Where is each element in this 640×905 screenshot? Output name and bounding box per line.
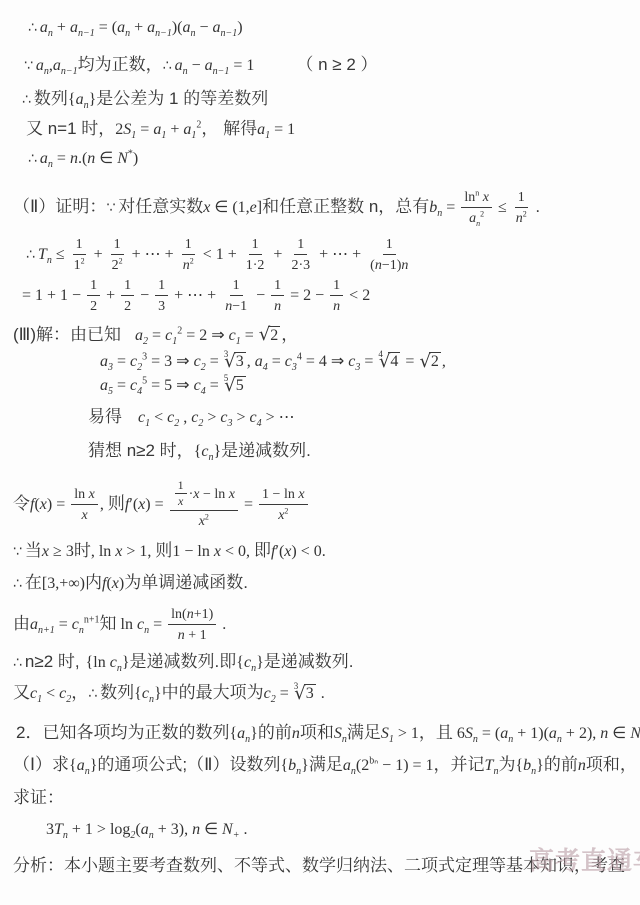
fraction: 12·3 — [288, 235, 313, 274]
math-run: b — [288, 757, 296, 774]
math-run: 1 − ln — [172, 543, 213, 560]
math-run: S — [334, 725, 342, 742]
math-run: = — [53, 150, 70, 167]
text-run: 知 — [100, 614, 117, 633]
math-run: ∵ — [106, 200, 115, 216]
math-run: ∈ — [95, 150, 117, 167]
math-run: c — [285, 353, 292, 370]
math-run: = — [113, 377, 130, 394]
math-run: a — [549, 725, 557, 742]
text-run: 内 — [85, 573, 102, 592]
math-run: = — [148, 327, 165, 344]
math-run: 1 — [333, 278, 340, 293]
math-run: + 1 > log — [68, 821, 131, 838]
math-run: x — [479, 190, 489, 205]
math-run: ) — [237, 19, 242, 36]
math-run: n — [192, 821, 200, 838]
math-run: + — [166, 121, 183, 138]
math-run: = 5 ⇒ — [147, 377, 193, 394]
math-run: a — [36, 57, 44, 74]
math-run: + — [269, 246, 286, 263]
math-run: c — [110, 654, 117, 671]
text-run: 是递减数列. — [264, 652, 354, 671]
math-run: a — [117, 19, 125, 36]
math-run: 2·3 — [291, 258, 310, 273]
doc-line-24: 分析：本小题主要考查数列、不等式、数学归纳法、二项式定理等基本知识，考查 — [0, 855, 640, 878]
math-run: ln — [464, 190, 475, 205]
math-run: 1 — [76, 237, 83, 252]
math-run: = — [113, 353, 130, 370]
math-run: −1) — [382, 258, 402, 273]
math-run: N — [630, 725, 640, 742]
doc-line-15: ∵当x ≥ 3时, ln x > 1, 则1 − ln x < 0, 即f′(x… — [0, 540, 640, 563]
math-run: 1 — [90, 278, 97, 293]
math-run: ′( — [275, 543, 284, 560]
text-run: 时 — [74, 541, 91, 560]
doc-line-22: 求证： — [0, 787, 640, 810]
text-run: 即 — [254, 541, 271, 560]
text-run: 数列 — [100, 683, 134, 702]
fraction: 122 — [109, 235, 126, 274]
math-run: ≤ — [52, 246, 69, 263]
math-run: { — [68, 91, 76, 108]
math-run: c — [194, 377, 201, 394]
text-run: 满足 — [309, 755, 343, 774]
math-run: a — [70, 19, 78, 36]
math-run: − — [252, 287, 269, 304]
math-run: n — [578, 757, 586, 774]
math-run: = 4 ⇒ — [302, 353, 348, 370]
text-run: 求证： — [13, 788, 64, 807]
math-run: , — [100, 496, 108, 513]
doc-line-8: = 1 + 1 − 12 + 12 − 13 + ⋯ + 1n−1 − 1n =… — [0, 276, 640, 315]
math-run: = ( — [478, 725, 500, 742]
text-run: 则 — [108, 494, 125, 513]
text-run: 满足 — [347, 723, 381, 742]
text-run: 的前 — [544, 755, 578, 774]
doc-line-6: （Ⅱ）证明：∵对任意实数x ∈ (1,e]和任意正整数 n，总有bn = lnn… — [0, 188, 640, 227]
math-run: ln( — [171, 607, 187, 622]
math-run: = 1 — [229, 57, 254, 74]
math-run: ln — [74, 487, 88, 502]
math-run: b — [523, 757, 531, 774]
math-run: x — [89, 487, 95, 502]
math-run: x — [40, 496, 47, 513]
math-run: a — [76, 91, 84, 108]
math-run: a — [213, 19, 221, 36]
math-run: 1 — [252, 237, 259, 252]
math-run: a — [257, 121, 265, 138]
math-run: ∵ — [24, 58, 33, 74]
math-run: = — [136, 121, 153, 138]
math-run: 1 — [178, 478, 184, 492]
doc-line-17: 由an+1 = cnn+1知 ln cn = ln(n+1)n + 1 . — [0, 605, 640, 644]
math-run: 1 — [274, 278, 281, 293]
text-run: 为单调递减函数. — [124, 573, 248, 592]
fraction: 1n — [271, 276, 284, 315]
math-run: = — [401, 353, 418, 370]
doc-line-20: 2．已知各项均为正数的数列{an}的前n项和Sn满足S1 > 1，且 6Sn =… — [0, 722, 640, 745]
radical: 4√4 — [378, 352, 400, 371]
fraction: 1n2 — [513, 188, 530, 227]
fraction: 13 — [155, 276, 168, 315]
math-run: + ⋯ + — [170, 287, 220, 304]
math-run: . — [239, 821, 247, 838]
math-run: > 1 — [394, 725, 419, 742]
math-run: 1 — [158, 278, 165, 293]
math-run: ∈ (1, — [210, 199, 249, 216]
text-run: (Ⅲ)解：由已知 — [13, 325, 121, 344]
math-run: a — [343, 757, 351, 774]
doc-line-2: ∵an,an−1均为正数，∴an − an−1 = 1（ n ≥ 2 ） — [0, 54, 640, 77]
math-run: x — [81, 508, 87, 523]
math-run: ∴ — [13, 655, 22, 671]
text-run: n≥2 时, — [25, 652, 80, 671]
math-run: c — [250, 409, 257, 426]
math-run: = 1 — [270, 121, 295, 138]
math-run: ∵ — [13, 544, 22, 560]
math-run: 2 — [90, 299, 97, 314]
math-run: n — [187, 607, 194, 622]
text-run: ，并记 — [434, 755, 485, 774]
math-run: −1 — [232, 299, 247, 314]
fraction: ln xx — [71, 485, 98, 524]
math-run: } — [256, 654, 264, 671]
math-run: c — [244, 654, 251, 671]
math-run: 3 — [236, 353, 244, 370]
math-run: n — [70, 150, 78, 167]
doc-line-11: a5 = c45 = 5 ⇒ c4 = 5√5 — [0, 376, 640, 397]
math-run: , — [442, 353, 446, 370]
math-run: ∴ — [28, 151, 37, 167]
math-run: > 1, — [122, 543, 155, 560]
doc-line-1: ∴an + an−1 = (an + an−1)(an − an−1) — [0, 18, 640, 39]
fraction: 1n2 — [180, 235, 197, 274]
math-run: . — [317, 685, 325, 702]
math-run: 2 — [431, 353, 439, 370]
math-run: x — [178, 494, 183, 508]
fraction: 1n — [330, 276, 343, 315]
math-run: ≤ — [494, 199, 511, 216]
fraction: ln(n+1)n + 1 — [168, 605, 216, 644]
text-run: 项和 — [300, 723, 334, 742]
math-run: ∴ — [22, 92, 31, 108]
math-run: 1 — [386, 237, 393, 252]
fraction: 1 − ln xx2 — [259, 485, 308, 524]
math-run: = — [276, 685, 293, 702]
doc-line-3: ∴数列{an}是公差为 1 的等差数列 — [0, 88, 640, 111]
math-run: { — [69, 757, 77, 774]
math-run: a — [53, 57, 61, 74]
math-run: − — [196, 19, 213, 36]
math-run: T — [54, 821, 63, 838]
math-run: a — [237, 725, 245, 742]
math-run: < — [42, 685, 59, 702]
math-run: = — [240, 496, 257, 513]
math-run: [3,+∞) — [42, 575, 85, 592]
doc-line-9: (Ⅲ)解：由已知a2 = c12 = 2 ⇒ c1 = √2， — [0, 324, 640, 347]
math-run: = — [206, 377, 223, 394]
math-run: 5 — [236, 377, 244, 394]
text-run: 是递减数列.即 — [130, 652, 237, 671]
math-run: ≥ 3 — [49, 543, 74, 560]
text-run: 对任意实数 — [118, 197, 203, 216]
text-run: 当 — [25, 541, 42, 560]
math-run: )( — [172, 19, 183, 36]
math-run: = — [206, 353, 223, 370]
math-run: 2 — [270, 327, 278, 344]
math-run: > — [203, 409, 220, 426]
math-run: 1 — [233, 278, 240, 293]
fraction: 1n−1 — [222, 276, 250, 315]
text-run: 中的最大项为 — [162, 683, 264, 702]
math-run: − — [188, 57, 205, 74]
doc-line-10: a3 = c23 = 3 ⇒ c2 = 3√3, a4 = c34 = 4 ⇒ … — [0, 352, 640, 373]
math-run: a — [183, 19, 191, 36]
math-run: { — [236, 654, 244, 671]
math-run: + ⋯ + — [128, 246, 178, 263]
math-run: N — [222, 821, 233, 838]
math-run: { — [229, 725, 237, 742]
math-run: x — [112, 575, 119, 592]
math-run: ′( — [129, 496, 138, 513]
math-run: , — [247, 353, 255, 370]
math-run: ) = — [47, 496, 69, 513]
math-run: > ⋯ — [262, 409, 295, 426]
math-run: x — [214, 543, 221, 560]
math-run: ∴ — [88, 686, 97, 702]
math-run: a — [147, 19, 155, 36]
math-run: ∴ — [13, 576, 22, 592]
doc-line-19: 又c1 < c2，∴数列{cn}中的最大项为c2 = 3√3 . — [0, 682, 640, 705]
math-run: a — [135, 327, 143, 344]
math-run: + 2), — [562, 725, 600, 742]
math-run: + — [102, 287, 119, 304]
math-run: + 1)( — [513, 725, 549, 742]
math-run: 3 — [306, 685, 314, 702]
text-run: 猜想 n≥2 时， — [88, 441, 194, 460]
text-run: ， 解得 — [201, 119, 257, 138]
math-run: c — [194, 353, 201, 370]
doc-line-5: ∴an = n.(n ∈ N*) — [0, 149, 640, 170]
math-run: = — [55, 616, 72, 633]
math-run: x — [229, 487, 235, 502]
math-run: ∴ — [28, 20, 37, 36]
text-run: 是公差为 1 的等差数列 — [96, 89, 268, 108]
math-run: < 1 + — [199, 246, 241, 263]
text-run: 令 — [13, 494, 30, 513]
math-run: c — [142, 685, 149, 702]
math-run: n — [274, 299, 281, 314]
math-run: , — [179, 409, 191, 426]
math-run: +1) — [194, 607, 214, 622]
radical: √2 — [259, 326, 280, 345]
math-run: (2 — [356, 757, 369, 774]
math-run: a — [255, 353, 263, 370]
math-run: 3 — [158, 299, 165, 314]
math-run: 2 — [112, 258, 119, 273]
math-run: , ln — [91, 543, 115, 560]
math-run: n — [375, 258, 382, 273]
text-run: （Ⅱ）证明： — [13, 197, 106, 216]
math-run: = ( — [95, 19, 117, 36]
math-run: . — [218, 616, 226, 633]
math-run: + — [90, 246, 107, 263]
math-run: < — [150, 409, 167, 426]
fraction: 12 — [121, 276, 134, 315]
math-run: x — [42, 543, 49, 560]
doc-line-14: 令f(x) = ln xx, 则f′(x) = 1x·x − ln xx2 = … — [0, 479, 640, 531]
math-run: n — [516, 211, 523, 226]
math-run: 1 — [297, 237, 304, 252]
math-run: . — [532, 199, 540, 216]
math-run: = — [442, 199, 459, 216]
math-run: n — [401, 258, 408, 273]
fraction: 112 — [71, 235, 88, 274]
text-run: （ n ≥ 2 ） — [296, 55, 377, 74]
math-run: c — [229, 327, 236, 344]
doc-line-12: 易得c1 < c2 , c2 > c3 > c4 > ⋯ — [0, 406, 640, 429]
math-run: a — [100, 353, 108, 370]
text-run: 的前 — [258, 723, 292, 742]
math-run: } — [536, 757, 544, 774]
math-run: a — [141, 821, 149, 838]
math-run: ln — [117, 616, 137, 633]
document-page: { "page": { "bg": "#fdfdfd", "text_color… — [0, 0, 640, 905]
text-run: 为 — [498, 755, 515, 774]
math-run: a — [100, 377, 108, 394]
text-run: 又 n=1 时， — [26, 119, 115, 138]
radical: √2 — [419, 352, 440, 371]
math-run: n — [183, 258, 190, 273]
text-run: 项和， — [586, 755, 637, 774]
text-run: ， — [71, 683, 88, 702]
math-run: ) — [133, 150, 138, 167]
math-run: N — [117, 150, 128, 167]
math-run: { — [134, 685, 142, 702]
math-run: = 2 ⇒ — [182, 327, 228, 344]
fraction: 1(n−1)n — [367, 235, 411, 274]
fraction: 1x — [175, 479, 187, 510]
text-run: 2．已知各项均为正数的数列 — [16, 723, 229, 742]
radical: 3√3 — [224, 352, 246, 371]
math-run: ∈ — [200, 821, 222, 838]
math-run: = — [241, 327, 258, 344]
text-run: 的通项公式;（Ⅱ）设数列 — [97, 755, 280, 774]
math-run: n — [292, 725, 300, 742]
math-run: c — [264, 685, 271, 702]
math-run: + 1 — [185, 628, 207, 643]
math-run: c — [220, 409, 227, 426]
math-run: ∈ — [608, 725, 630, 742]
math-run: = — [149, 616, 166, 633]
math-run: n — [178, 628, 185, 643]
math-run: e — [250, 199, 257, 216]
math-run: a — [175, 57, 183, 74]
math-run: a — [30, 616, 38, 633]
doc-line-16: ∴在[3,+∞)内f(x)为单调递减函数. — [0, 572, 640, 595]
math-run: T — [38, 246, 47, 263]
text-run: 分析：本小题主要考查数列、不等式、数学归纳法、二项式定理等基本知识，考查 — [13, 856, 625, 875]
math-run: = — [360, 353, 377, 370]
math-run: a — [40, 19, 48, 36]
math-run: S — [465, 725, 473, 742]
text-run: 均为正数 — [78, 55, 146, 74]
doc-line-4: 又 n=1 时，2S1 = a1 + a12， 解得a1 = 1 — [0, 118, 640, 141]
text-run: 是递减数列. — [221, 441, 311, 460]
doc-line-13: 猜想 n≥2 时，{cn}是递减数列. — [0, 440, 640, 463]
math-run: 2 — [124, 299, 131, 314]
math-run: 1 — [518, 190, 525, 205]
fraction: lnn xan2 — [461, 188, 492, 227]
math-run: = — [268, 353, 285, 370]
math-run: > — [233, 409, 250, 426]
math-run: } — [122, 654, 130, 671]
math-run: 1·2 — [246, 258, 265, 273]
text-run: 又 — [13, 683, 30, 702]
math-run: {ln — [86, 654, 110, 671]
math-run: 1 — [185, 237, 192, 252]
radical: 3√3 — [294, 684, 316, 703]
math-run: + ⋯ + — [315, 246, 365, 263]
math-run: 6 — [453, 725, 465, 742]
text-run: 和任意正整数 n，总有 — [262, 197, 429, 216]
doc-line-18: ∴n≥2 时,{ln cn}是递减数列.即{cn}是递减数列. — [0, 651, 640, 674]
math-run: a — [77, 757, 85, 774]
math-run: + — [53, 19, 70, 36]
math-run: 4 — [390, 353, 398, 370]
math-run: = 1 + 1 − — [22, 287, 85, 304]
math-run: n — [333, 299, 340, 314]
text-run: 在 — [25, 573, 42, 592]
document-body: ∴an + an−1 = (an + an−1)(an − an−1)∵an,a… — [0, 0, 640, 905]
text-run: 数列 — [34, 89, 68, 108]
math-run: c — [72, 616, 79, 633]
math-run: 1 — [74, 258, 81, 273]
math-run: = 2 − — [286, 287, 328, 304]
math-run: 1 — [124, 278, 131, 293]
math-run: 3 — [46, 821, 54, 838]
math-run: − 1) = 1 — [378, 757, 433, 774]
math-run: = 3 ⇒ — [147, 353, 193, 370]
doc-line-23: 3Tn + 1 > log2(an + 3), n ∈ N+ . — [0, 820, 640, 841]
math-run: S — [381, 725, 389, 742]
math-run: } — [154, 685, 162, 702]
fraction: 1x·x − ln xx2 — [170, 479, 238, 531]
math-run: a — [205, 57, 213, 74]
math-run: < 2 — [345, 287, 370, 304]
radical: 5√5 — [224, 376, 246, 395]
text-run: （Ⅰ）求 — [13, 755, 69, 774]
text-run: ， — [281, 325, 298, 344]
math-run: { — [515, 757, 523, 774]
text-run: 易得 — [88, 407, 122, 426]
doc-line-7: ∴Tn ≤ 112 + 122 + ⋯ + 1n2 < 1 + 11·2 + 1… — [0, 235, 640, 274]
fraction: 11·2 — [243, 235, 268, 274]
math-run: + 3), — [154, 821, 192, 838]
math-run: + — [130, 19, 147, 36]
math-run: 1 − ln — [262, 487, 298, 502]
math-run: a — [40, 150, 48, 167]
text-run: ，且 — [419, 723, 453, 742]
text-run: 则 — [155, 541, 172, 560]
math-run: − — [136, 287, 153, 304]
math-run: ) = — [145, 496, 167, 513]
text-run: 由 — [13, 614, 30, 633]
math-run: ∴ — [163, 58, 172, 74]
text-run: ， — [146, 55, 163, 74]
math-run: 1 — [114, 237, 121, 252]
